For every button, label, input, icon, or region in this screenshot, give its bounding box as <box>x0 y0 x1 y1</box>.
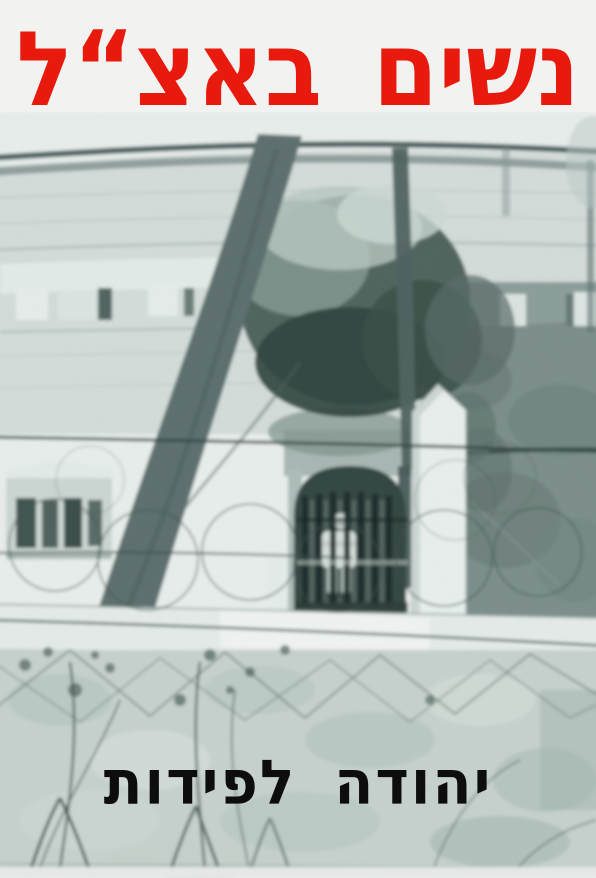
book-cover: נשים באצ“ל יהודה לפידות <box>0 0 596 878</box>
author-name: יהודה לפידות <box>0 741 596 825</box>
book-title: נשים באצ“ל <box>0 0 596 147</box>
